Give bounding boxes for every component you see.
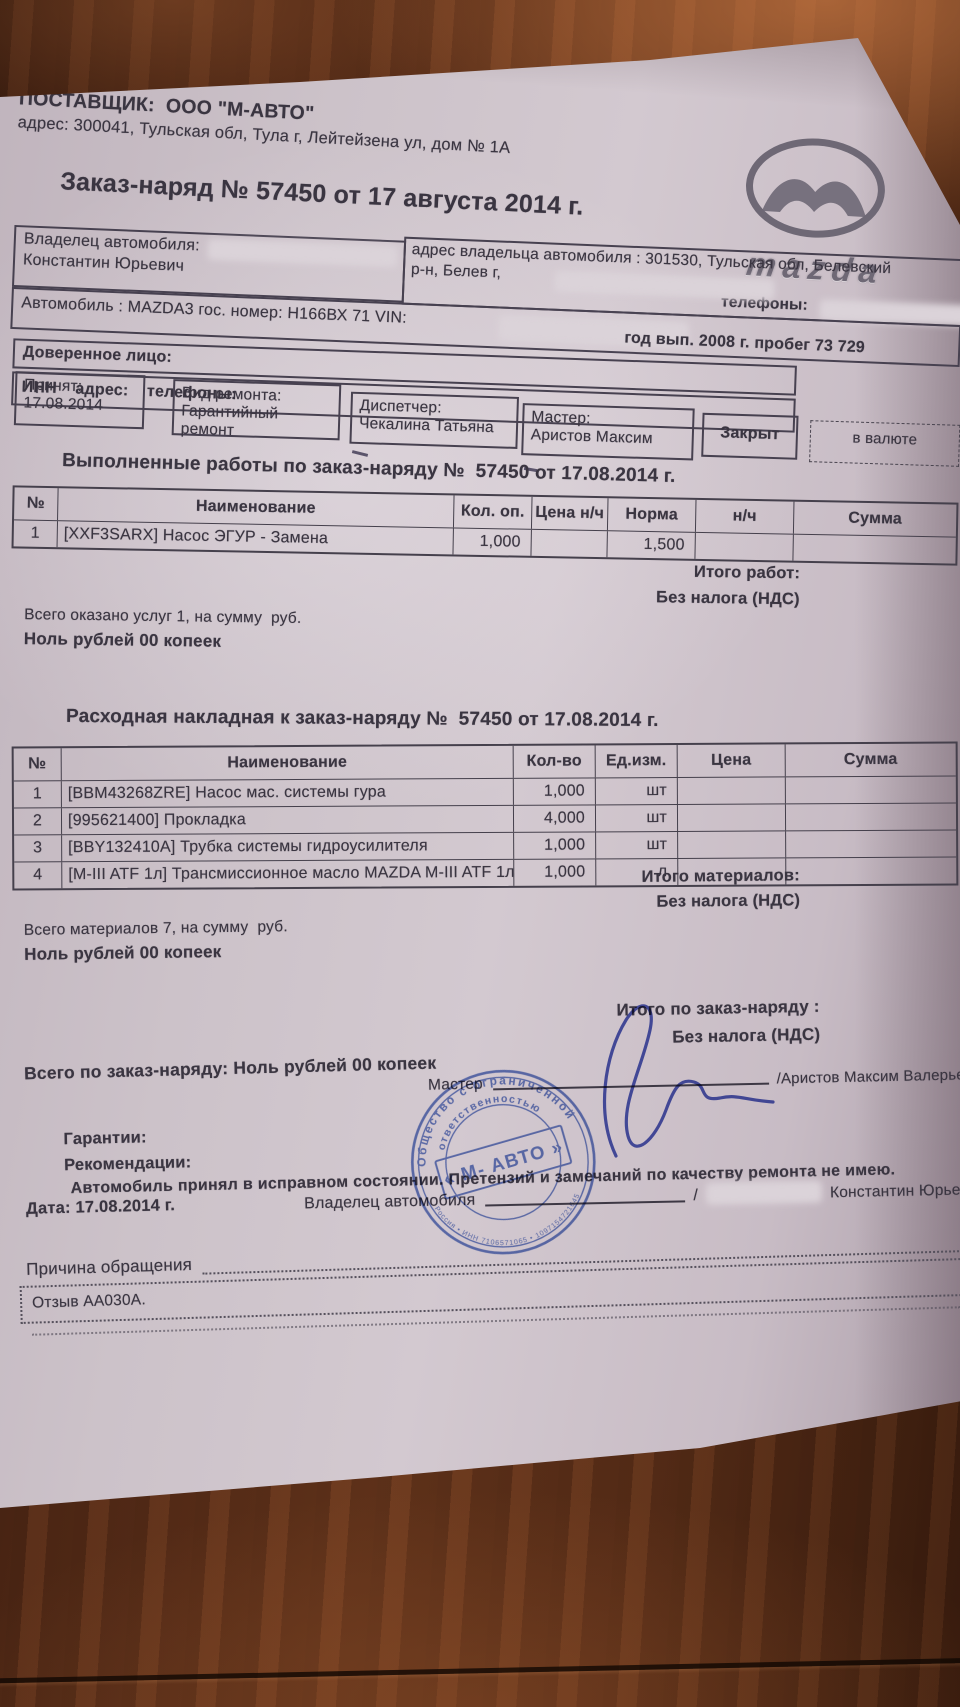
materials-table-header: № Наименование Кол-во Ед.изм. Цена Сумма: [14, 744, 956, 782]
m-row-qty: 4,000: [514, 805, 596, 831]
photo-background: ПОСТАВЩИК: ООО "М-АВТО" адрес: 300041, Т…: [0, 0, 960, 1707]
materials-amount-words: Ноль рублей 00 копеек: [24, 941, 288, 965]
materials-summary-block: Всего материалов 7, на сумму руб. Ноль р…: [24, 918, 289, 965]
m-row-name: [M-III ATF 1л] Трансмиссионное масло MAZ…: [62, 860, 514, 888]
materials-row: 2 [995621400] Прокладка 4,000 шт: [14, 803, 956, 835]
dispatcher-value: Чекалина Татьяна: [359, 415, 509, 438]
repair-type-value: Гарантийный ремонт: [181, 402, 332, 443]
work-order-document: ПОСТАВЩИК: ООО "М-АВТО" адрес: 300041, Т…: [0, 0, 960, 1707]
materials-col-sum: Сумма: [786, 744, 956, 777]
master-value: Аристов Максим: [531, 426, 685, 449]
materials-summary: Всего материалов 7, на сумму руб.: [24, 918, 288, 940]
materials-table: № Наименование Кол-во Ед.изм. Цена Сумма…: [12, 742, 959, 891]
m-row-unit: шт: [596, 832, 678, 858]
materials-total-block: Итого материалов: Без налога (НДС): [470, 866, 800, 913]
works-amount-words: Ноль рублей 00 копеек: [24, 629, 302, 653]
materials-col-num: №: [14, 748, 62, 780]
materials-total-label: Итого материалов:: [470, 866, 800, 888]
works-row-num: 1: [14, 520, 58, 547]
table-plank-seam: [0, 1657, 960, 1683]
signature-icon: [568, 986, 793, 1171]
materials-tax-label: Без налога (НДС): [470, 891, 800, 913]
m-row-name: [BBM43268ZRE] Насос мас. системы гура: [62, 779, 514, 807]
master-sign-name: /Аристов Максим Валерьев: [776, 1066, 960, 1087]
works-col-sum: Сумма: [794, 502, 957, 537]
materials-row: 3 [BBY132410A] Трубка системы гидроусили…: [14, 830, 956, 862]
m-row-unit: шт: [596, 805, 678, 831]
m-row-num: 1: [14, 781, 62, 807]
repair-type-box: Вид ремонта: Гарантийный ремонт: [172, 379, 342, 440]
works-row-nh: [695, 533, 793, 561]
works-col-price: Цена н/ч: [532, 497, 609, 530]
m-row-num: 3: [14, 835, 62, 861]
slash-separator: /: [693, 1187, 698, 1205]
works-col-nh: н/ч: [696, 500, 795, 534]
works-row-qty: 1,000: [453, 528, 531, 555]
works-col-qty: Кол. оп.: [454, 495, 533, 528]
received-box: Принят: 17.08.2014: [14, 371, 146, 429]
materials-col-price: Цена: [678, 744, 786, 777]
owner-sign-name: Константин Юрьев: [830, 1181, 960, 1202]
date-line: Дата: 17.08.2014 г.: [26, 1196, 175, 1219]
handwritten-signature: [568, 986, 793, 1176]
works-row-sum: [793, 535, 955, 564]
works-table: № Наименование Кол. оп. Цена н/ч Норма н…: [12, 485, 959, 565]
m-row-num: 2: [14, 808, 62, 834]
m-row-sum: [786, 831, 956, 858]
m-row-num: 4: [14, 862, 62, 888]
vehicle-year-mileage: год вып. 2008 г. пробег 73 729: [624, 330, 865, 358]
works-total-label: Итого работ:: [470, 560, 800, 584]
mazda-emblem-icon: [736, 134, 894, 247]
m-row-name: [BBY132410A] Трубка системы гидроусилите…: [62, 833, 514, 861]
works-row-norm: 1,500: [607, 531, 695, 559]
works-col-norm: Норма: [608, 498, 697, 532]
grand-total-line: Всего по заказ-наряду: Ноль рублей 00 ко…: [24, 1053, 437, 1085]
works-summary-block: Всего оказано услуг 1, на сумму руб. Нол…: [24, 606, 302, 653]
received-date: 17.08.2014: [23, 394, 136, 416]
m-row-qty: 1,000: [514, 832, 596, 858]
works-summary: Всего оказано услуг 1, на сумму руб.: [24, 606, 302, 628]
materials-col-unit: Ед.изм.: [596, 745, 678, 777]
master-box: Мастер: Аристов Максим: [521, 403, 695, 460]
works-col-num: №: [14, 487, 59, 520]
document-title: Заказ-наряд № 57450 от 17 августа 2014 г…: [60, 167, 585, 222]
m-row-sum: [786, 858, 956, 885]
m-row-price: [678, 777, 786, 804]
m-row-price: [678, 831, 786, 858]
materials-col-qty: Кол-во: [514, 745, 596, 777]
materials-title: Расходная накладная к заказ-наряду № 574…: [66, 706, 659, 732]
m-row-qty: 1,000: [514, 778, 596, 804]
m-row-sum: [786, 804, 956, 831]
dispatcher-box: Диспетчер: Чекалина Татьяна: [349, 392, 519, 449]
works-row-price: [531, 530, 607, 557]
m-row-unit: шт: [596, 778, 678, 804]
redaction-blob: [706, 1180, 822, 1204]
m-row-price: [678, 804, 786, 831]
m-row-name: [995621400] Прокладка: [62, 806, 514, 834]
works-tax-label: Без налога (НДС): [470, 586, 800, 610]
materials-row: 1 [BBM43268ZRE] Насос мас. системы гура …: [14, 777, 956, 808]
materials-col-name: Наименование: [62, 746, 514, 780]
works-total-block: Итого работ: Без налога (НДС): [470, 560, 801, 610]
closed-box: Закрыт: [701, 413, 798, 460]
supplier-block: ПОСТАВЩИК: ООО "М-АВТО" адрес: 300041, Т…: [17, 87, 658, 165]
m-row-sum: [786, 777, 956, 804]
reason-label: Причина обращения: [26, 1255, 192, 1280]
currency-box: в валюте: [809, 420, 960, 467]
